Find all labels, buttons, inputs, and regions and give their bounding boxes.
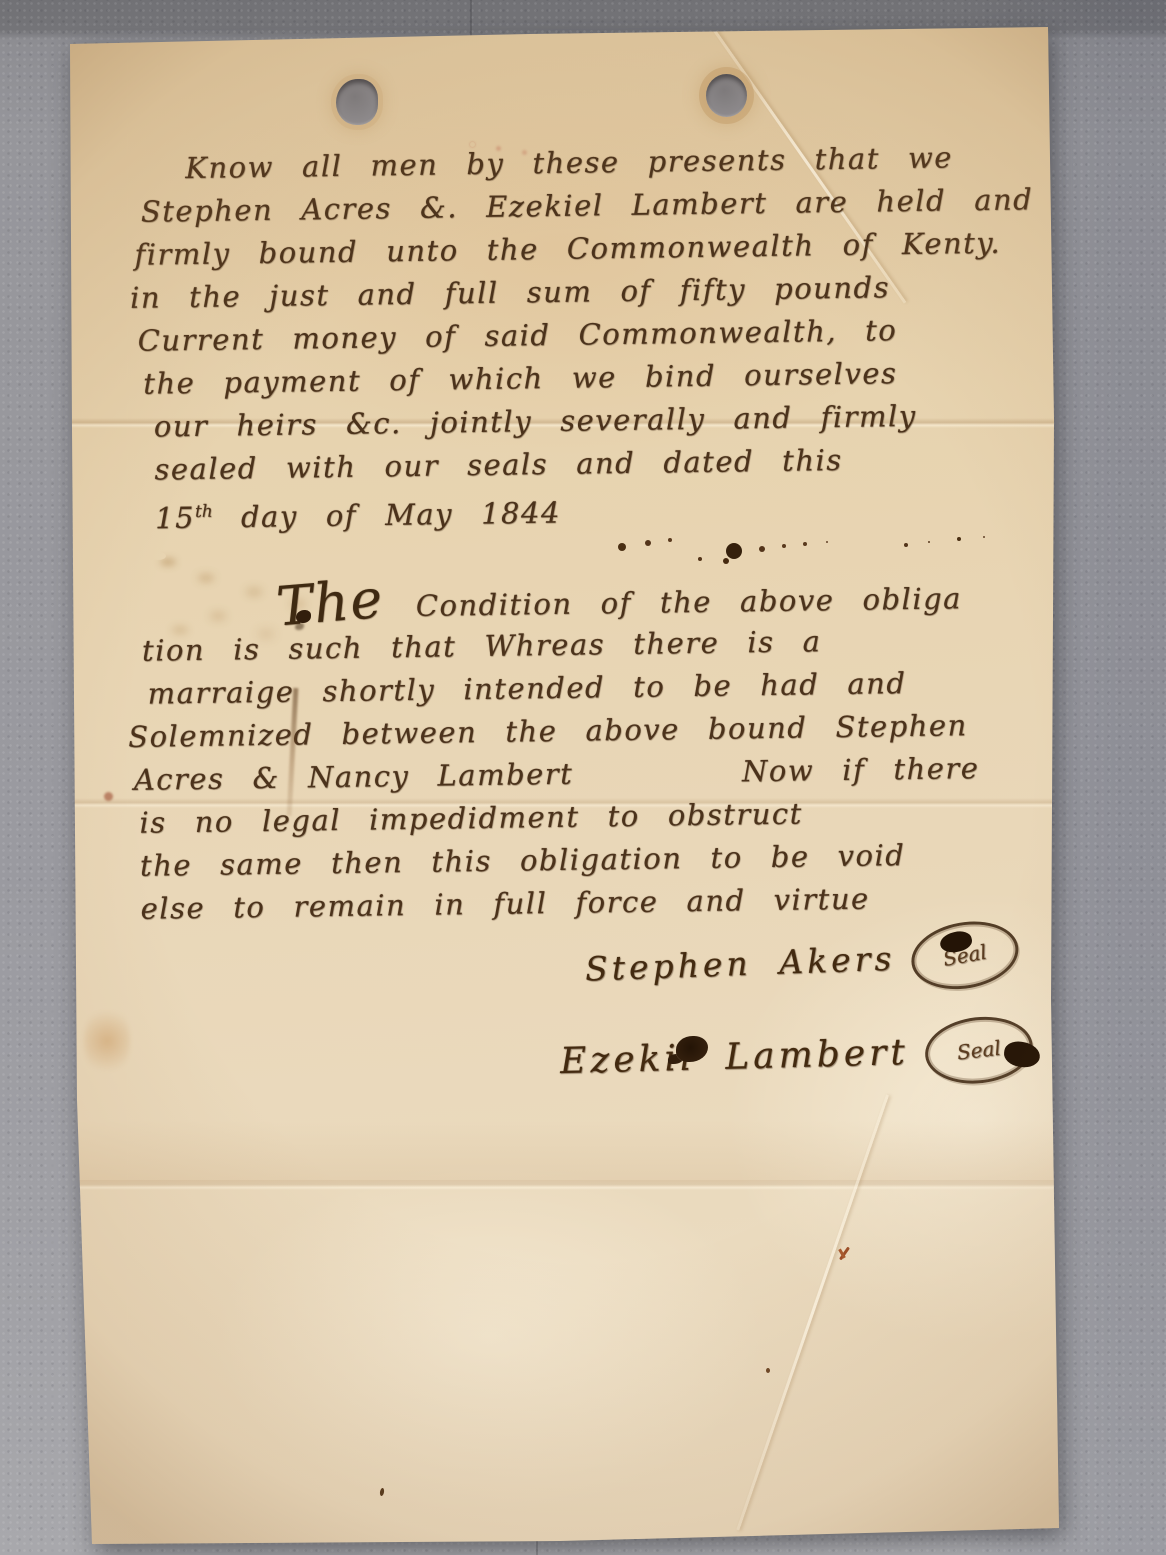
ink-blot [1002,1040,1041,1070]
manuscript-line: firmly bound unto the Commonwealth of Ke… [121,221,1082,277]
flourished-capital: The [275,584,384,623]
seal-label: Seal [956,1036,1002,1065]
manuscript-line: is no legal impedidment to obstruct [129,789,1090,845]
manuscript-line: Know all men by these presents that we [120,135,1081,191]
manuscript-text: Know all men by these presents that we S… [120,135,1091,931]
ink-blot [938,928,974,955]
manuscript-line: tion is such that Whreas there is a [127,617,1088,673]
manuscript-line: else to remain in full force and virtue [130,875,1091,931]
manuscript-line: marraige shortly intended to be had and [127,660,1088,716]
date-rest: day of May 1844 [213,496,562,535]
condition-opening-line: The Condition of the above obliga [126,574,1087,630]
manuscript-line: Acres & Nancy Lambert Now if there [129,746,1090,802]
signature-name: Ezekil Lambert [560,1032,910,1082]
photo-scene: Know all men by these presents that we S… [0,0,1166,1555]
punch-hole [706,74,747,117]
punch-hole [336,79,378,125]
red-mark [839,1246,850,1260]
diagonal-crease [736,1095,889,1531]
manuscript-line: sealed with our seals and dated this [124,436,1085,492]
ink-speck [379,1488,384,1497]
paper-stain [84,1004,130,1078]
signature-name: Stephen Akers [584,938,896,988]
fold-crease [60,1180,1070,1190]
manuscript-line: Stephen Acres &. Ezekiel Lambert are hel… [121,178,1082,234]
manuscript-line: the same then this obligation to be void [130,832,1091,888]
fold-crease [60,418,1070,428]
manuscript-line: the payment of which we bind ourselves [123,350,1084,406]
manuscript-line: in the just and full sum of fifty pounds [122,264,1083,320]
manuscript-line: our heirs &c. jointly severally and firm… [124,393,1085,449]
seal-label: Seal [942,940,989,971]
document-paper-wrap: Know all men by these presents that we S… [0,0,1166,1555]
manuscript-date-line: 15th day of May 1844 [125,479,1086,535]
manuscript-line: Solemnized between the above bound Steph… [128,703,1089,759]
fold-crease [60,798,1070,808]
ink-blot [676,1036,708,1062]
document-paper: Know all men by these presents that we S… [0,0,1166,1555]
seal-circle: Seal [921,1011,1036,1089]
diagonal-crease [700,11,906,304]
ink-speck [766,1368,770,1373]
ink-flourish [1052,1057,1079,1088]
fold-shading [60,1120,1060,1180]
date-ordinal: th [195,502,213,522]
ink-blot [296,610,311,623]
paper-specks [470,142,475,147]
ink-spatter [618,543,626,551]
condition-line-rest: Condition of the above obliga [387,581,962,623]
date-day: 15 [155,501,195,536]
manuscript-line: Current money of said Commonwealth, to [122,307,1083,363]
paper-stain [104,792,113,801]
ink-bleedthrough [150,552,166,560]
signature-row: Ezekil Lambert Seal [559,1016,1033,1094]
seal-circle: Seal [906,913,1024,997]
signature-row: Stephen Akers Seal [584,920,1020,1001]
ink-smear [287,688,299,816]
